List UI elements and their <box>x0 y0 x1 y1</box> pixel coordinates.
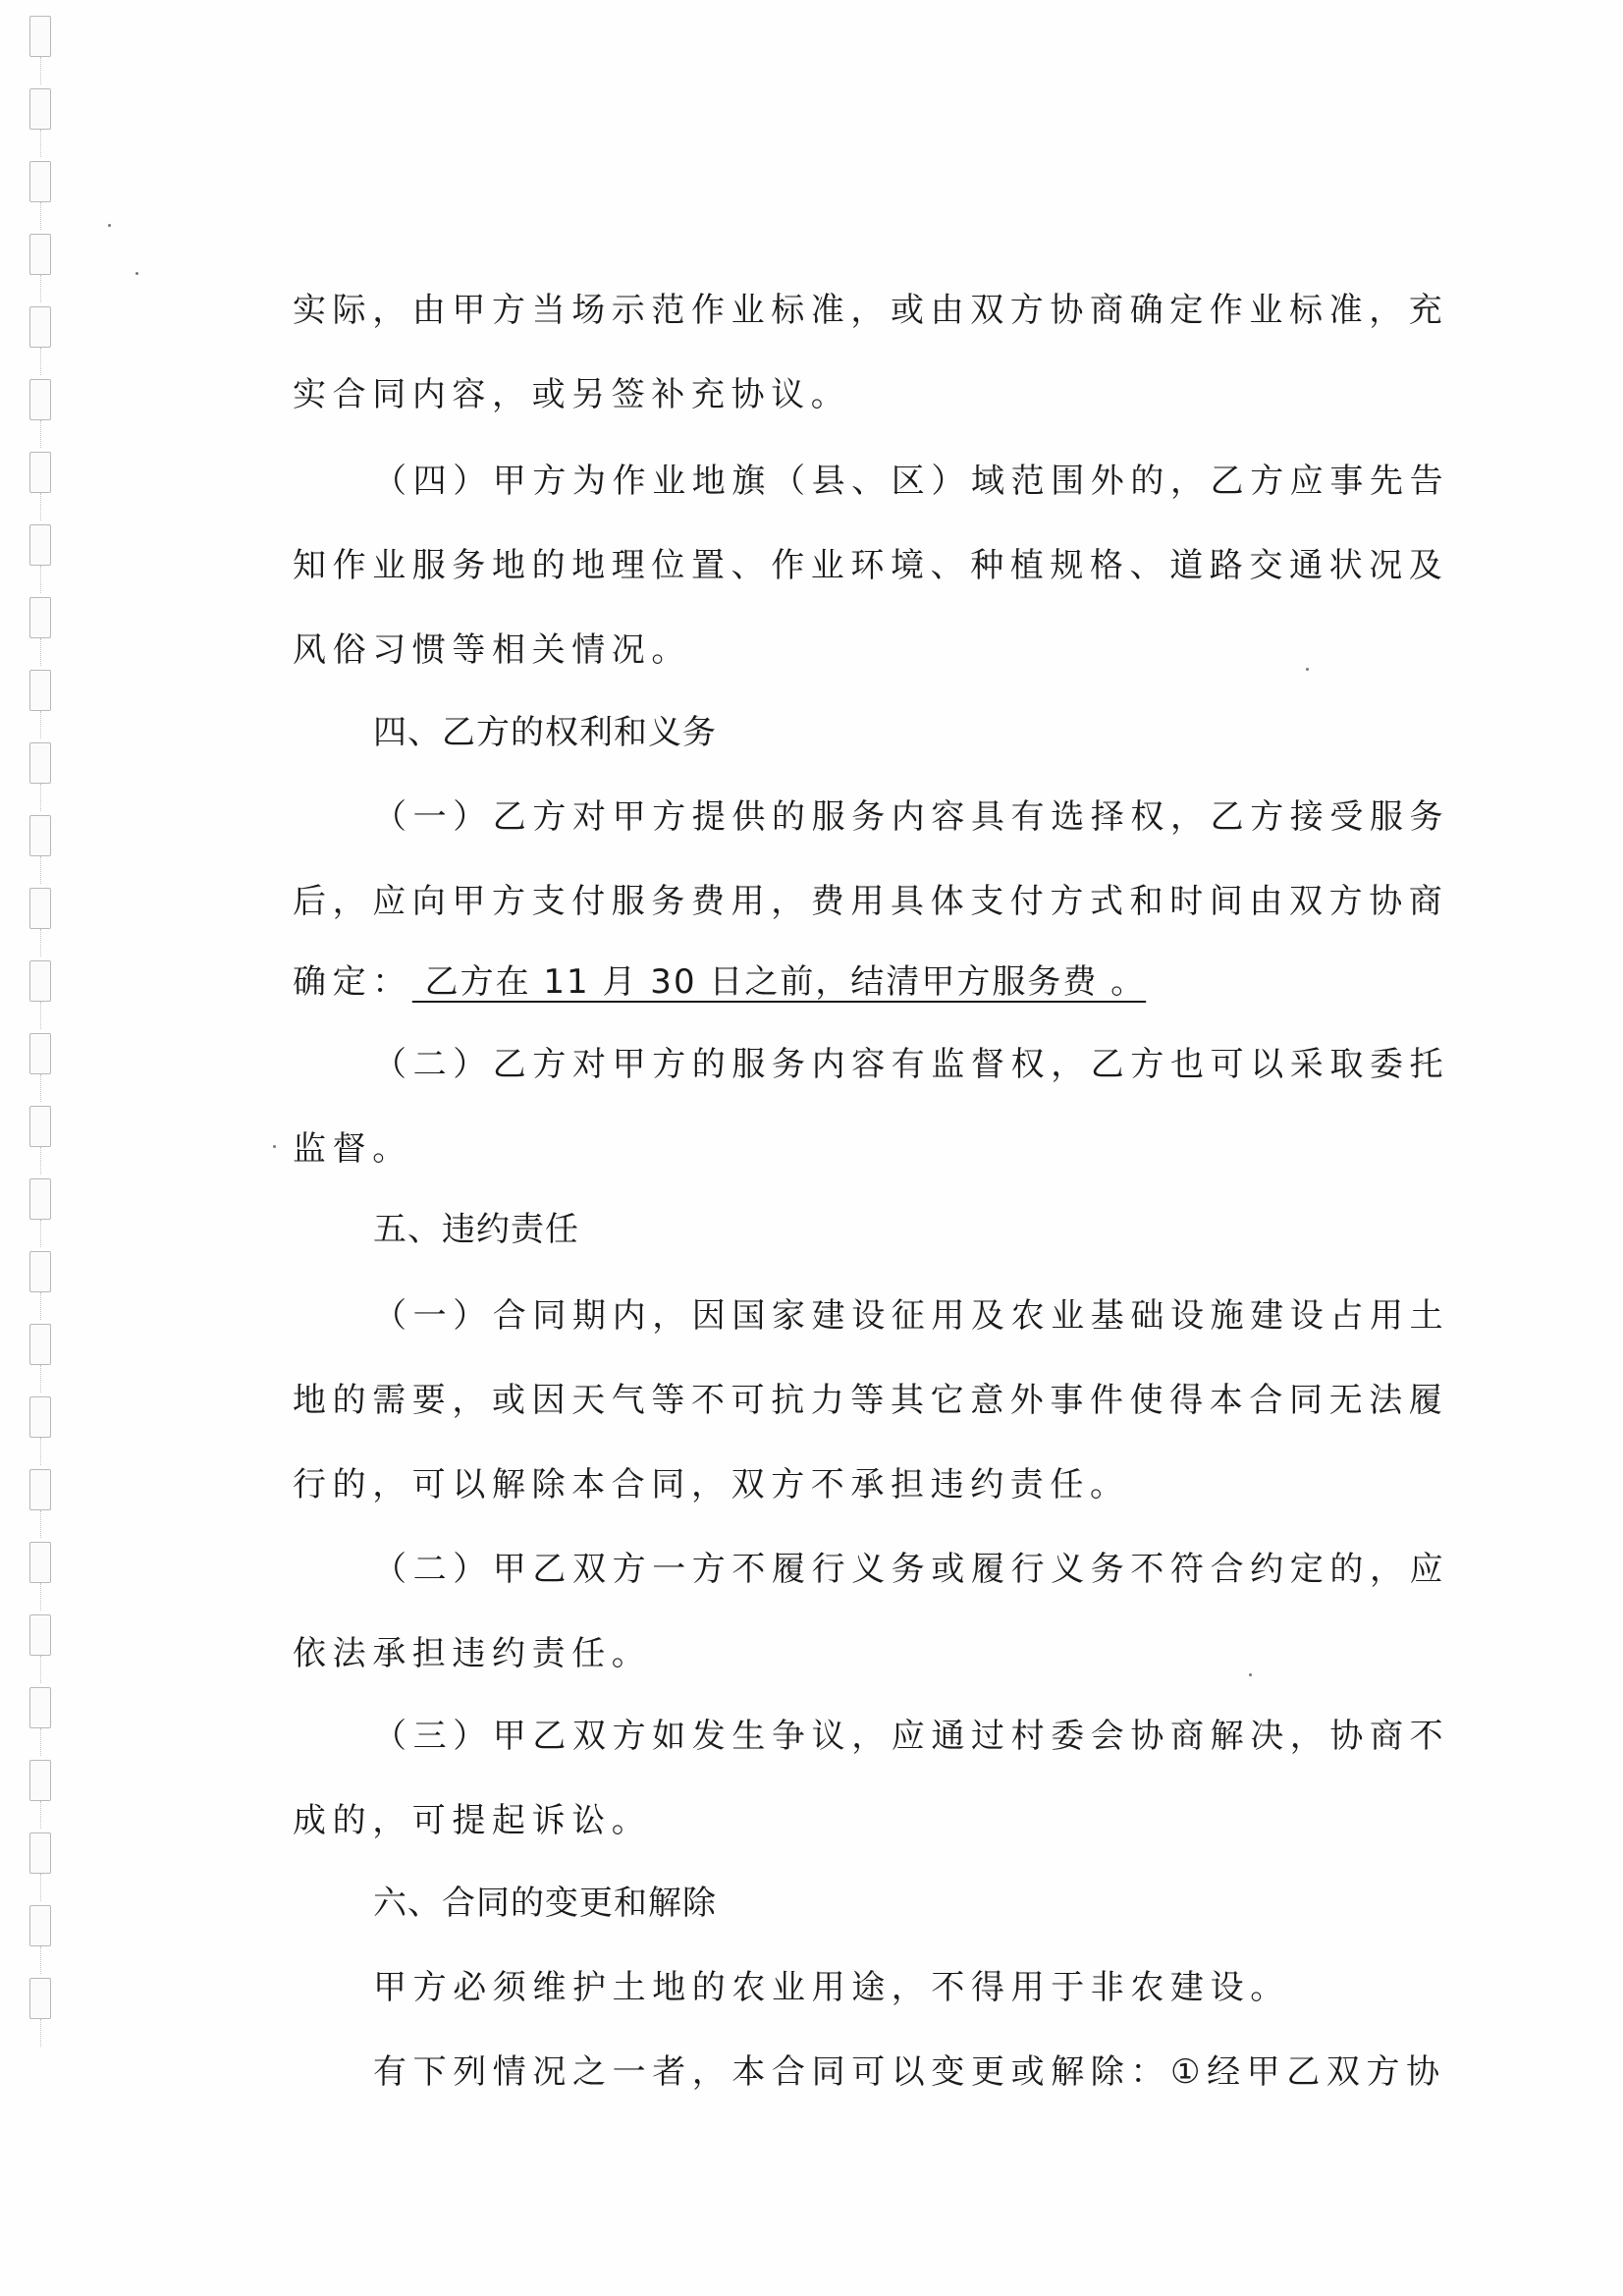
binding-holes <box>29 0 55 2296</box>
binding-stitch <box>40 1438 41 1465</box>
binding-stitch <box>40 1874 41 1901</box>
scan-speck <box>1249 1673 1252 1676</box>
text-line: 知作业服务地的地理位置、作业环境、种植规格、道路交通状况及 <box>293 546 1448 585</box>
binding-stitch <box>40 1510 41 1538</box>
payment-terms-label: 确定： <box>293 962 412 1002</box>
scan-speck <box>1306 668 1309 671</box>
binding-stitch <box>40 1365 41 1393</box>
text-line: （二）甲乙双方一方不履行义务或履行义务不符合约定的，应 <box>373 1550 1449 1589</box>
section-heading-6: 六、合同的变更和解除 <box>373 1884 717 1923</box>
binding-stitch <box>40 2019 41 2047</box>
binding-hole <box>29 815 51 856</box>
binding-hole <box>29 597 51 638</box>
scanned-contract-page: 实际，由甲方当场示范作业标准，或由双方协商确定作业标准，充 实合同内容，或另签补… <box>0 0 1623 2296</box>
section-heading-5: 五、违约责任 <box>373 1210 579 1249</box>
binding-hole <box>29 88 51 130</box>
text-line: （四）甲方为作业地旗（县、区）域范围外的，乙方应事先告 <box>373 462 1449 501</box>
binding-hole <box>29 306 51 348</box>
binding-hole <box>29 1614 51 1656</box>
binding-hole <box>29 1469 51 1510</box>
binding-hole <box>29 452 51 493</box>
binding-hole <box>29 742 51 784</box>
binding-hole <box>29 1542 51 1583</box>
binding-hole <box>29 1178 51 1220</box>
payment-terms-line: 确定： 乙方在 11 月 30 日之前，结清甲方服务费 。 <box>293 962 1146 1002</box>
scan-speck <box>108 224 111 227</box>
binding-stitch <box>40 1002 41 1029</box>
binding-stitch <box>40 348 41 375</box>
binding-hole <box>29 1832 51 1874</box>
binding-stitch <box>40 566 41 593</box>
binding-hole <box>29 161 51 202</box>
text-line: 成的，可提起诉讼。 <box>293 1801 651 1840</box>
binding-hole <box>29 960 51 1002</box>
binding-hole <box>29 1905 51 1946</box>
binding-hole <box>29 670 51 711</box>
binding-hole <box>29 1033 51 1074</box>
binding-stitch <box>40 1292 41 1320</box>
binding-hole <box>29 1106 51 1147</box>
binding-stitch <box>40 493 41 520</box>
text-line: （一）乙方对甲方提供的服务内容具有选择权，乙方接受服务 <box>373 797 1449 837</box>
binding-stitch <box>40 1656 41 1683</box>
binding-hole <box>29 1687 51 1728</box>
binding-hole <box>29 1760 51 1801</box>
binding-stitch <box>40 711 41 738</box>
binding-stitch <box>40 275 41 302</box>
binding-stitch <box>40 1801 41 1829</box>
binding-hole <box>29 888 51 929</box>
text-line: 依法承担违约责任。 <box>293 1634 651 1673</box>
binding-stitch <box>40 1074 41 1102</box>
text-line: （二）乙方对甲方的服务内容有监督权，乙方也可以采取委托 <box>373 1045 1449 1084</box>
text-line: 甲方必须维护土地的农业用途，不得用于非农建设。 <box>373 1968 1290 2007</box>
binding-stitch <box>40 784 41 811</box>
scan-speck <box>273 1145 276 1148</box>
binding-stitch <box>40 202 41 230</box>
scan-speck <box>135 272 138 275</box>
binding-stitch <box>40 929 41 957</box>
binding-stitch <box>40 856 41 884</box>
text-line: 地的需要，或因天气等不可抗力等其它意外事件使得本合同无法履 <box>293 1381 1448 1420</box>
binding-stitch <box>40 1220 41 1247</box>
binding-hole <box>29 524 51 566</box>
payment-terms-filled-value: 乙方在 11 月 30 日之前，结清甲方服务费 。 <box>412 962 1146 1002</box>
binding-stitch <box>40 638 41 666</box>
binding-hole <box>29 1978 51 2019</box>
text-line: 行的，可以解除本合同，双方不承担违约责任。 <box>293 1465 1130 1504</box>
text-line: （三）甲乙双方如发生争议，应通过村委会协商解决，协商不 <box>373 1717 1449 1756</box>
binding-stitch <box>40 130 41 157</box>
binding-stitch <box>40 1946 41 1974</box>
text-line: 实合同内容，或另签补充协议。 <box>293 375 850 414</box>
text-line: 风俗习惯等相关情况。 <box>293 630 691 670</box>
text-line: 实际，由甲方当场示范作业标准，或由双方协商确定作业标准，充 <box>293 291 1448 330</box>
binding-hole <box>29 16 51 57</box>
binding-hole <box>29 1396 51 1438</box>
text-line: 有下列情况之一者，本合同可以变更或解除：①经甲乙双方协 <box>373 2052 1446 2092</box>
binding-hole <box>29 1251 51 1292</box>
text-line: （一）合同期内，因国家建设征用及农业基础设施建设占用土 <box>373 1296 1449 1336</box>
section-heading-4: 四、乙方的权利和义务 <box>373 713 717 752</box>
text-line: 后，应向甲方支付服务费用，费用具体支付方式和时间由双方协商 <box>293 882 1448 921</box>
binding-stitch <box>40 1147 41 1175</box>
binding-stitch <box>40 1583 41 1611</box>
binding-hole <box>29 1324 51 1365</box>
binding-stitch <box>40 1728 41 1756</box>
text-line: 监督。 <box>293 1129 412 1169</box>
binding-hole <box>29 379 51 420</box>
binding-hole <box>29 234 51 275</box>
binding-stitch <box>40 57 41 84</box>
binding-stitch <box>40 420 41 448</box>
